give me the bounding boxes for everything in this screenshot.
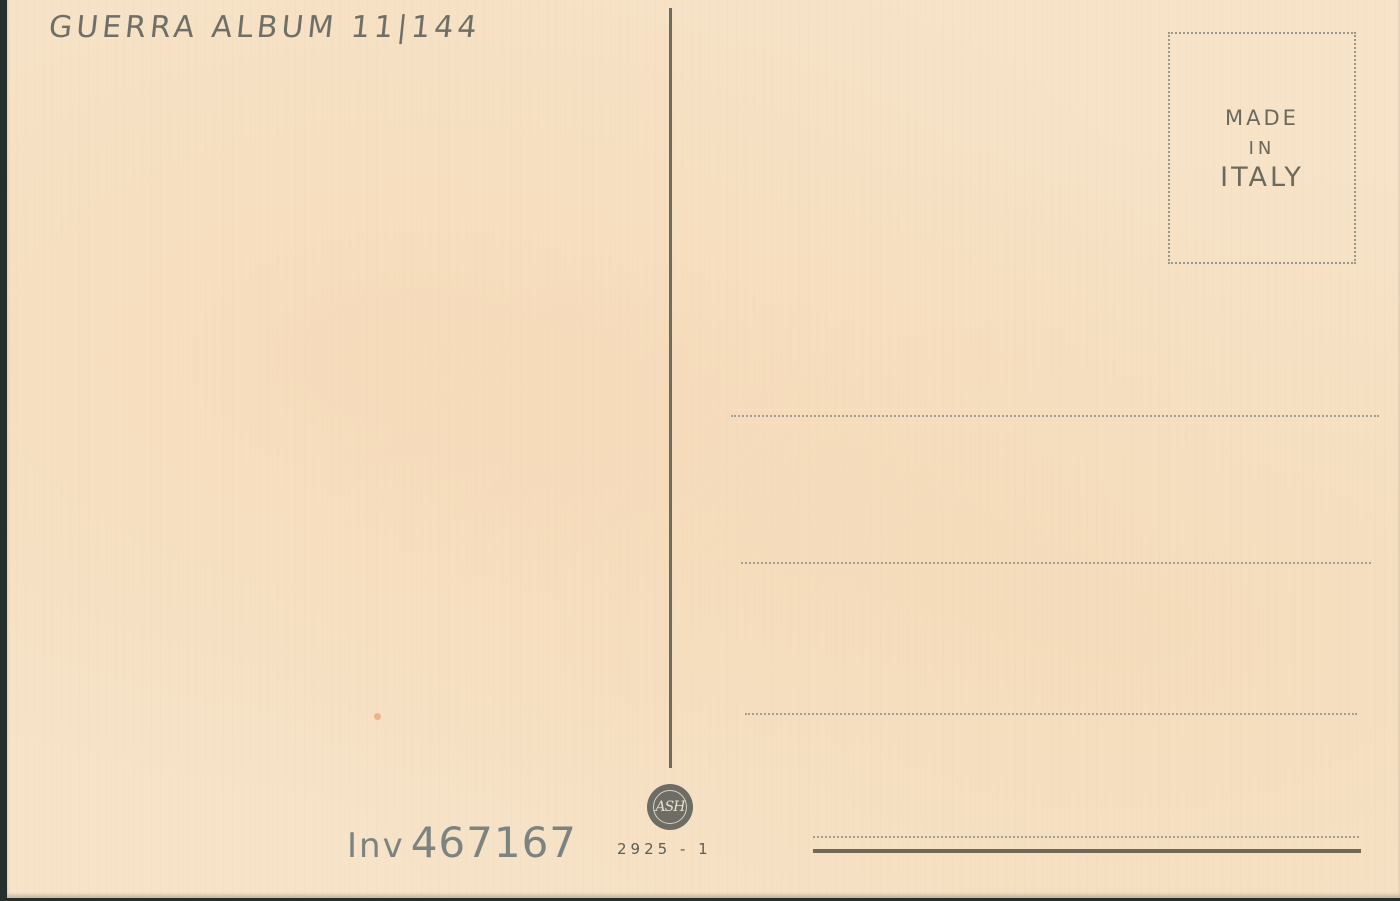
address-line-4 <box>813 836 1359 838</box>
address-baseline <box>813 849 1361 853</box>
paper-stain <box>374 713 381 720</box>
inventory-note: Inv467167 <box>347 818 577 867</box>
inventory-number: 467167 <box>411 818 577 867</box>
stamp-placeholder-box: MADE IN ITALY <box>1168 32 1356 264</box>
stamp-text-in: IN <box>1170 138 1354 159</box>
album-reference-note: GUERRA ALBUM 11|144 <box>47 10 482 45</box>
publisher-serial-number: 2925 - 1 <box>617 840 712 858</box>
address-line-2 <box>741 562 1371 564</box>
address-line-3 <box>745 713 1357 715</box>
postcard-back: GUERRA ALBUM 11|144 MADE IN ITALY ASH 29… <box>7 0 1400 898</box>
inventory-prefix: Inv <box>347 826 405 866</box>
message-address-divider <box>669 8 672 768</box>
stamp-text-italy: ITALY <box>1170 162 1354 193</box>
publisher-monogram: ASH <box>653 790 687 824</box>
address-line-1 <box>731 415 1379 417</box>
stamp-text-made: MADE <box>1170 106 1354 130</box>
publisher-logo-icon: ASH <box>647 784 693 830</box>
